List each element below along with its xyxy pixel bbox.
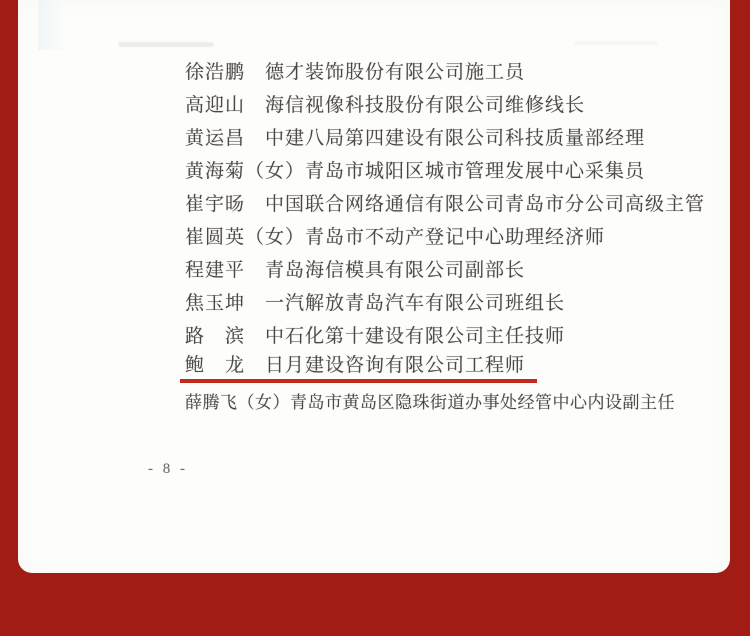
entry-text-red-underline: 鲍 龙 日月建设咨询有限公司工程师: [180, 353, 537, 383]
entry-text: 崔宇旸 中国联合网络通信有限公司青岛市分公司高级主管: [185, 194, 705, 215]
awardee-entry: 焦玉坤 一汽解放青岛汽车有限公司班组长: [185, 287, 725, 320]
page-number: - 8 -: [148, 459, 188, 479]
scan-artifact-smudge: [574, 41, 658, 45]
awardee-entry: 高迎山 海信视像科技股份有限公司维修线长: [185, 89, 725, 122]
entry-text: 薛腾飞（女）青岛市黄岛区隐珠街道办事处经管中心内设副主任: [185, 393, 675, 412]
entry-text: 崔圆英（女）青岛市不动产登记中心助理经济师: [185, 227, 605, 248]
awardee-entry: 程建平 青岛海信模具有限公司副部长: [185, 254, 725, 287]
scan-artifact-smudge: [118, 42, 214, 47]
awardee-entry: 崔宇旸 中国联合网络通信有限公司青岛市分公司高级主管: [185, 188, 725, 221]
document-page: 徐浩鹏 德才装饰股份有限公司施工员 高迎山 海信视像科技股份有限公司维修线长 黄…: [18, 0, 730, 573]
entry-text: 焦玉坤 一汽解放青岛汽车有限公司班组长: [185, 293, 565, 314]
awardee-entry: 黄海菊（女）青岛市城阳区城市管理发展中心采集员: [185, 155, 725, 188]
awardee-entry: 薛腾飞（女）青岛市黄岛区隐珠街道办事处经管中心内设副主任: [185, 386, 725, 419]
awardee-entry: 黄运昌 中建八局第四建设有限公司科技质量部经理: [185, 122, 725, 155]
awardee-entry: 崔圆英（女）青岛市不动产登记中心助理经济师: [185, 221, 725, 254]
awardee-entry: 路 滨 中石化第十建设有限公司主任技师: [185, 320, 725, 353]
awardee-entry: 徐浩鹏 德才装饰股份有限公司施工员: [185, 56, 725, 89]
scan-artifact-strip: [38, 0, 68, 50]
entry-text: 徐浩鹏 德才装饰股份有限公司施工员: [185, 62, 525, 83]
entry-text: 高迎山 海信视像科技股份有限公司维修线长: [185, 95, 585, 116]
awardee-entry-underlined: 鲍 龙 日月建设咨询有限公司工程师: [185, 353, 725, 386]
entry-text: 程建平 青岛海信模具有限公司副部长: [185, 260, 525, 281]
awardee-list: 徐浩鹏 德才装饰股份有限公司施工员 高迎山 海信视像科技股份有限公司维修线长 黄…: [185, 56, 725, 419]
entry-text: 黄运昌 中建八局第四建设有限公司科技质量部经理: [185, 128, 645, 149]
entry-text: 路 滨 中石化第十建设有限公司主任技师: [185, 326, 565, 347]
entry-text: 黄海菊（女）青岛市城阳区城市管理发展中心采集员: [185, 161, 645, 182]
